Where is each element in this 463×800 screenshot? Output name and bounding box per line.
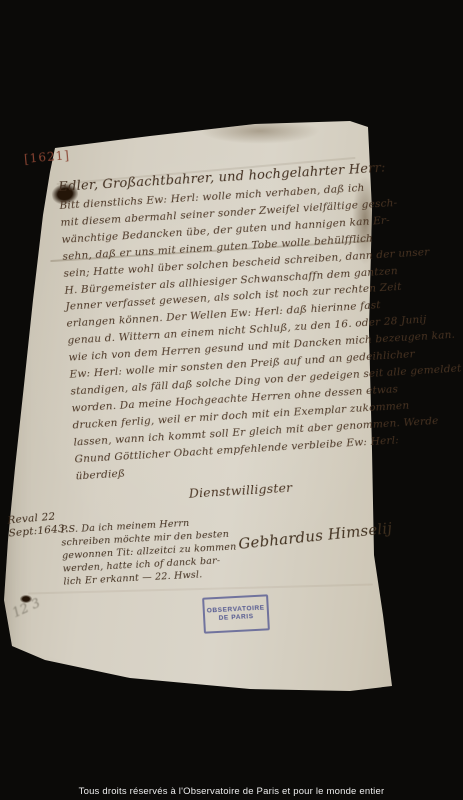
observatoire-de-paris-stamp: OBSERVATOIRE DE PARIS — [202, 594, 270, 633]
stamp-line-2: DE PARIS — [219, 613, 254, 623]
letter-body: Bitt dienstlichs Ew: Herl: wolle mich ve… — [59, 178, 411, 485]
letter-postscript: P.S. Da ich meinem Herrnschreiben möchte… — [60, 514, 238, 588]
scanned-manuscript-page: [1621] Edler, Großachtbahrer, und hochge… — [0, 0, 463, 800]
copyright-footer: Tous droits réservés à l'Observatoire de… — [0, 786, 463, 797]
paper-stain — [200, 118, 320, 144]
letter-text-block: Edler, Großachtbahrer, und hochgelahrter… — [58, 160, 413, 508]
